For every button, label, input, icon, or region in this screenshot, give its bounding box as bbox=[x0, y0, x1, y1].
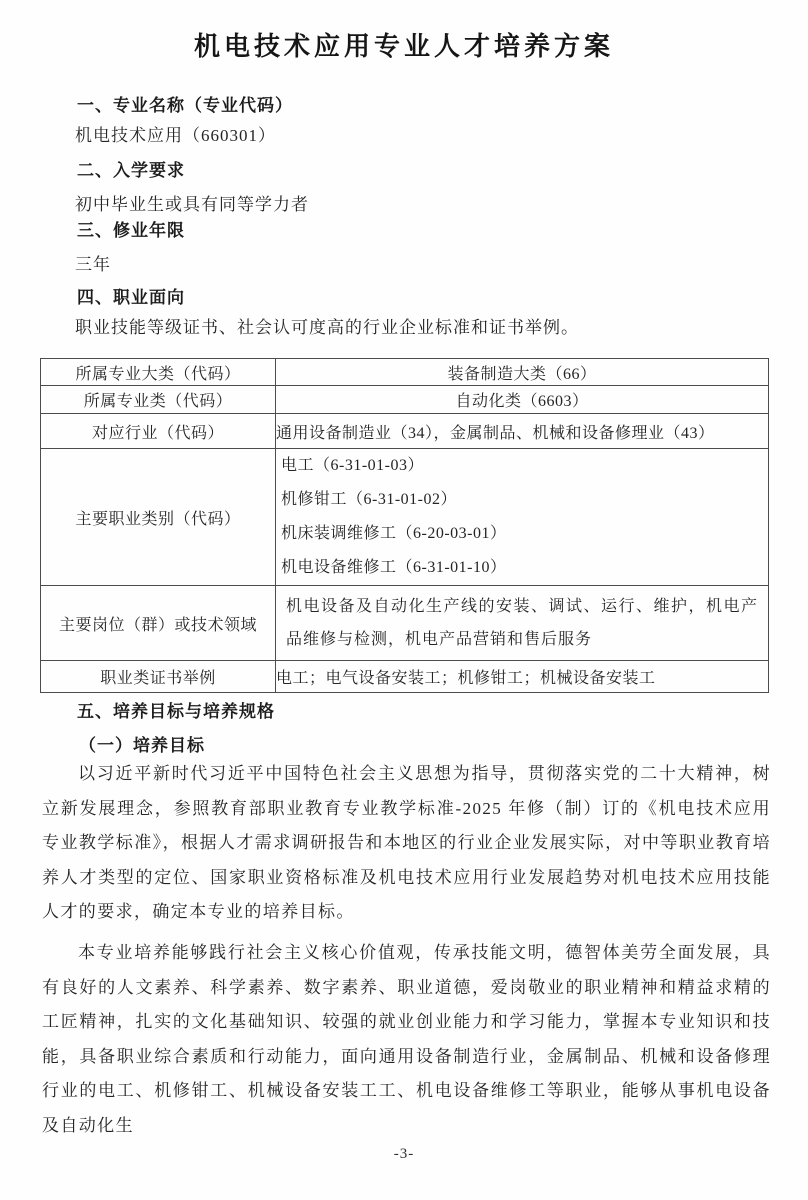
document-page: 机电技术应用专业人才培养方案 一、专业名称（专业代码） 机电技术应用（66030… bbox=[0, 0, 808, 1200]
body-paragraph: 本专业培养能够践行社会主义核心价值观，传承技能文明，德智体美劳全面发展，具有良好… bbox=[42, 936, 771, 1144]
section-5-subheading: （一）培养目标 bbox=[79, 731, 205, 756]
table-value-cell: 电工；电气设备安装工；机修钳工；机械设备安装工 bbox=[276, 661, 769, 693]
section-3-body: 三年 bbox=[75, 250, 111, 275]
table-value-cell: 通用设备制造业（34），金属制品、机械和设备修理业（43） bbox=[276, 414, 769, 449]
section-2-heading: 二、入学要求 bbox=[77, 156, 185, 181]
table-label-cell: 职业类证书举例 bbox=[41, 661, 276, 693]
section-3-heading: 三、修业年限 bbox=[77, 216, 185, 241]
section-5-heading: 五、培养目标与培养规格 bbox=[77, 697, 275, 722]
section-2-body: 初中毕业生或具有同等学力者 bbox=[75, 190, 309, 215]
table-value-cell: 电工（6-31-01-03）机修钳工（6-31-01-02）机床装调维修工（6-… bbox=[276, 449, 769, 586]
body-paragraph: 以习近平新时代习近平中国特色社会主义思想为指导，贯彻落实党的二十大精神，树立新发… bbox=[42, 757, 771, 930]
document-title: 机电技术应用专业人才培养方案 bbox=[0, 26, 808, 63]
table-value-line: 机电设备维修工（6-31-01-10） bbox=[276, 551, 768, 585]
table-row: 所属专业大类（代码）装备制造大类（66） bbox=[41, 359, 769, 386]
table-value-cell: 装备制造大类（66） bbox=[276, 359, 769, 386]
table-value-line: 机修钳工（6-31-01-02） bbox=[276, 483, 768, 517]
table-label-cell: 主要职业类别（代码） bbox=[41, 449, 276, 586]
table-value-cell: 自动化类（6603） bbox=[276, 386, 769, 414]
table-label-cell: 所属专业类（代码） bbox=[41, 386, 276, 414]
table-label-cell: 对应行业（代码） bbox=[41, 414, 276, 449]
table-row: 对应行业（代码）通用设备制造业（34），金属制品、机械和设备修理业（43） bbox=[41, 414, 769, 449]
table-row: 主要岗位（群）或技术领域机电设备及自动化生产线的安装、调试、运行、维护，机电产品… bbox=[41, 586, 769, 661]
section-1-body: 机电技术应用（660301） bbox=[75, 121, 276, 146]
section-4-body: 职业技能等级证书、社会认可度高的行业企业标准和证书举例。 bbox=[75, 313, 579, 338]
table-row: 职业类证书举例电工；电气设备安装工；机修钳工；机械设备安装工 bbox=[41, 661, 769, 693]
table-value-cell: 机电设备及自动化生产线的安装、调试、运行、维护，机电产品维修与检测，机电产品营销… bbox=[276, 586, 769, 661]
section-4-heading: 四、职业面向 bbox=[77, 283, 185, 308]
table-row: 主要职业类别（代码）电工（6-31-01-03）机修钳工（6-31-01-02）… bbox=[41, 449, 769, 586]
table-label-cell: 所属专业大类（代码） bbox=[41, 359, 276, 386]
page-number: -3- bbox=[0, 1146, 808, 1163]
table-value-line: 电工（6-31-01-03） bbox=[276, 449, 768, 483]
table-row: 所属专业类（代码）自动化类（6603） bbox=[41, 386, 769, 414]
career-orientation-table: 所属专业大类（代码）装备制造大类（66）所属专业类（代码）自动化类（6603）对… bbox=[40, 358, 769, 693]
section-1-heading: 一、专业名称（专业代码） bbox=[77, 91, 293, 116]
table-value-line: 机床装调维修工（6-20-03-01） bbox=[276, 517, 768, 551]
table-label-cell: 主要岗位（群）或技术领域 bbox=[41, 586, 276, 661]
training-goal-paragraphs: 以习近平新时代习近平中国特色社会主义思想为指导，贯彻落实党的二十大精神，树立新发… bbox=[42, 757, 771, 1150]
